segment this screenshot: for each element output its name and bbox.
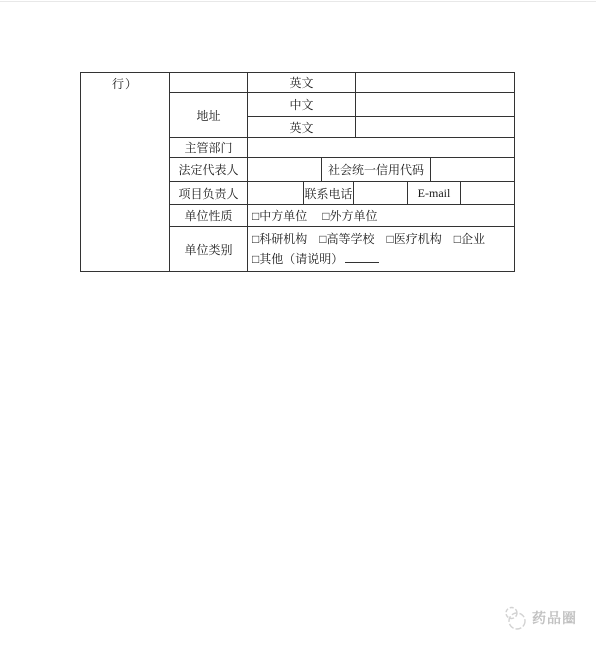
watermark-brand-text: 药品圈 (532, 608, 577, 628)
phone-label: 联系电话 (304, 182, 354, 204)
unit-name-en-row: 英文 (170, 73, 514, 93)
unit-nature-options: □中方单位 □外方单位 (248, 205, 514, 226)
unit-category-label: 单位类别 (170, 227, 248, 271)
phone-value-cell (354, 182, 408, 204)
credit-code-label: 社会统一信用代码 (322, 158, 431, 181)
continuation-cell: 行） (81, 73, 170, 271)
address-cn-value-cell (356, 93, 514, 116)
email-value-cell (461, 182, 514, 204)
unit-category-options: □科研机构 □高等学校 □医疗机构 □企业 □其他（请说明） (248, 227, 514, 271)
dept-value-cell (248, 138, 514, 157)
address-en-row: 英文 (248, 117, 514, 137)
credit-code-value-cell (431, 158, 514, 181)
page-top-border (0, 1, 596, 2)
brand-logo-icon (503, 604, 529, 632)
address-rows: 地址 中文 英文 (170, 93, 514, 138)
address-subrows: 中文 英文 (248, 93, 514, 137)
address-en-value-cell (356, 117, 514, 137)
continuation-text: 行） (81, 73, 169, 93)
unit-category-row: 单位类别 □科研机构 □高等学校 □医疗机构 □企业 □其他（请说明） (170, 227, 514, 271)
unit-info-table: 行） 英文 地址 中文 英文 主管部门 (80, 72, 515, 272)
fill-in-blank-line (345, 252, 379, 263)
dept-row: 主管部门 (170, 138, 514, 158)
watermark: 药品圈 (503, 604, 577, 632)
address-cn-row: 中文 (248, 93, 514, 117)
legal-rep-value-cell (248, 158, 322, 181)
unit-nature-label: 单位性质 (170, 205, 248, 226)
unit-category-options-line1: □科研机构 □高等学校 □医疗机构 □企业 (252, 232, 485, 246)
dept-label: 主管部门 (170, 138, 248, 157)
email-label: E-mail (408, 182, 461, 204)
address-cn-label: 中文 (248, 93, 356, 116)
unit-name-label-cell-blank (170, 73, 248, 92)
unit-name-en-label: 英文 (248, 73, 356, 92)
unit-category-options-line2: □其他（请说明） (252, 252, 343, 266)
legal-rep-label: 法定代表人 (170, 158, 248, 181)
address-en-label: 英文 (248, 117, 356, 137)
leader-value-cell (248, 182, 304, 204)
table-body: 英文 地址 中文 英文 主管部门 法定代表人 (170, 73, 514, 271)
leader-label: 项目负责人 (170, 182, 248, 204)
address-label: 地址 (170, 93, 248, 137)
unit-name-en-value-cell (356, 73, 514, 92)
leader-row: 项目负责人 联系电话 E-mail (170, 182, 514, 205)
unit-nature-row: 单位性质 □中方单位 □外方单位 (170, 205, 514, 227)
legal-rep-row: 法定代表人 社会统一信用代码 (170, 158, 514, 182)
